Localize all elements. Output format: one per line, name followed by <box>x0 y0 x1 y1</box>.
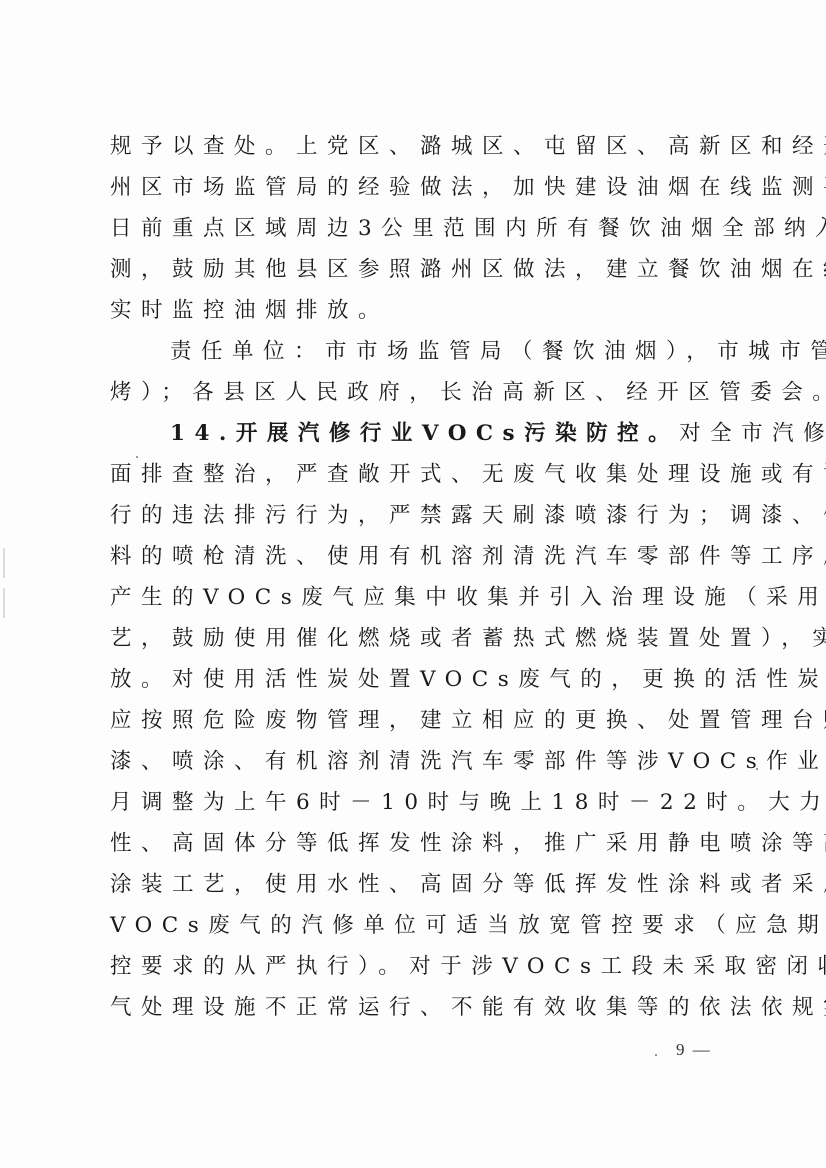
text-line: VOCs废气的汽修单位可适当放宽管控要求（应急期间有其他管 <box>110 905 750 946</box>
text-line: 控要求的从严执行）。对于涉VOCs工段未采取密闭收集处理、废 <box>110 946 750 987</box>
paragraph: 14.开展汽修行业VOCs污染防控。对全市汽修行业实施全 面排查整治，严查敞开式… <box>110 413 750 1028</box>
paragraph: 规予以查处。上党区、潞城区、屯留区、高新区和经开区要借鉴潞 州区市场监管局的经验… <box>110 126 750 331</box>
text-run: 对全市汽修行业实施全 <box>679 421 826 446</box>
text-line: 烤）；各县区人民政府，长治高新区、经开区管委会。 <box>110 372 750 413</box>
scan-artifact <box>655 1054 657 1056</box>
document-body: 规予以查处。上党区、潞城区、屯留区、高新区和经开区要借鉴潞 州区市场监管局的经验… <box>110 126 750 1028</box>
text-line: 14.开展汽修行业VOCs污染防控。对全市汽修行业实施全 <box>110 413 750 454</box>
scan-artifact <box>3 548 5 578</box>
page-number: 9 — <box>676 1040 712 1060</box>
document-page: 规予以查处。上党区、潞城区、屯留区、高新区和经开区要借鉴潞 州区市场监管局的经验… <box>0 0 826 1168</box>
text-line: 艺，鼓励使用催化燃烧或者蓄热式燃烧装置处置），实现达标排 <box>110 618 750 659</box>
text-line: 涂装工艺，使用水性、高固分等低挥发性涂料或者采用燃烧法处理 <box>110 864 750 905</box>
text-line: 漆、喷涂、有机溶剂清洗汽车零部件等涉VOCs作业时间在5－9 <box>110 741 750 782</box>
text-line: 责任单位：市市场监管局（餐饮油烟），市城市管理局（露天烧 <box>110 331 750 372</box>
text-line: 州区市场监管局的经验做法，加快建设油烟在线监测平台，5月31 <box>110 167 750 208</box>
text-line: 放。对使用活性炭处置VOCs废气的，更换的活性炭等吸附材料 <box>110 659 750 700</box>
text-line: 气处理设施不正常运行、不能有效收集等的依法依规实施停产整 <box>110 987 750 1028</box>
text-line: 面排查整治，严查敞开式、无废气收集处理设施或有设施不正常运 <box>110 454 750 495</box>
text-line: 规予以查处。上党区、潞城区、屯留区、高新区和经开区要借鉴潞 <box>110 126 750 167</box>
scan-artifact <box>3 588 5 618</box>
text-line: 日前重点区域周边3公里范围内所有餐饮油烟全部纳入在线监 <box>110 208 750 249</box>
text-line: 料的喷枪清洗、使用有机溶剂清洗汽车零部件等工序应密闭作业， <box>110 536 750 577</box>
section-heading: 14.开展汽修行业VOCs污染防控。 <box>170 421 679 446</box>
text-line: 行的违法排污行为，严禁露天刷漆喷漆行为；调漆、使用溶剂型涂 <box>110 495 750 536</box>
text-line: 月调整为上午6时－10时与晚上18时－22时。大力推广使用水 <box>110 782 750 823</box>
text-line: 应按照危险废物管理，建立相应的更换、处置管理台账。其中，调 <box>110 700 750 741</box>
text-line: 实时监控油烟排放。 <box>110 290 750 331</box>
text-line: 产生的VOCs废气应集中收集并引入治理设施（采用组合治理工 <box>110 577 750 618</box>
paragraph: 责任单位：市市场监管局（餐饮油烟），市城市管理局（露天烧 烤）；各县区人民政府，… <box>110 331 750 413</box>
text-line: 性、高固体分等低挥发性涂料，推广采用静电喷涂等高涂着效率的 <box>110 823 750 864</box>
text-line: 测，鼓励其他县区参照潞州区做法，建立餐饮油烟在线监控平台， <box>110 249 750 290</box>
